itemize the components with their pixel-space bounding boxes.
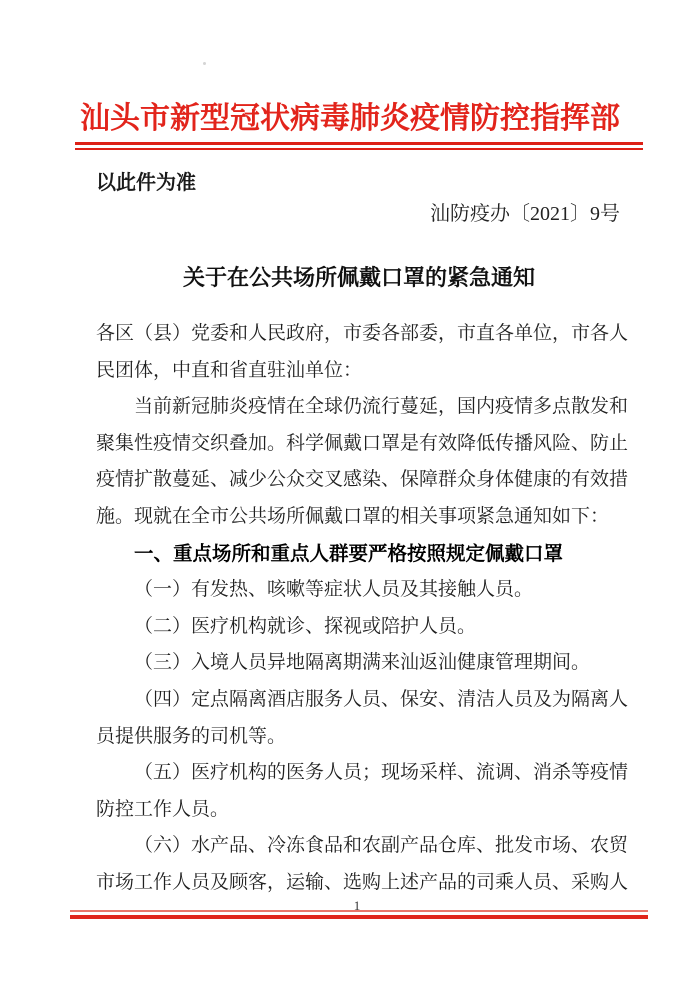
body-line: （四）定点隔离酒店服务人员、保安、清洁人员及为隔离人 [96,682,630,719]
document-number: 汕防疫办〔2021〕9号 [430,197,620,226]
document-title: 关于在公共场所佩戴口罩的紧急通知 [75,261,643,292]
body-line: 民团体，中直和省直驻汕单位： [96,353,630,390]
body-line: （三）入境人员异地隔离期满来汕返汕健康管理期间。 [96,645,630,682]
validity-annotation: 以此件为准 [96,166,196,195]
body-line: 各区（县）党委和人民政府，市委各部委，市直各单位，市各人 [96,316,630,353]
masthead-rule-bottom [75,148,643,150]
body-line: 防控工作人员。 [96,792,630,829]
masthead-rule-top [75,142,643,145]
body-line: 施。现就在全市公共场所佩戴口罩的相关事项紧急通知如下： [96,499,630,536]
body-line: 疫情扩散蔓延、减少公众交叉感染、保障群众身体健康的有效措 [96,462,630,499]
body-line: 聚集性疫情交织叠加。科学佩戴口罩是有效降低传播风险、防止 [96,426,630,463]
document-page: 汕头市新型冠状病毒肺炎疫情防控指挥部 以此件为准 汕防疫办〔2021〕9号 关于… [0,0,700,990]
body-line: 当前新冠肺炎疫情在全球仍流行蔓延，国内疫情多点散发和 [96,389,630,426]
body-line: （五）医疗机构的医务人员；现场采样、流调、消杀等疫情 [96,755,630,792]
footer-rule-light [70,910,648,912]
body-line: （一）有发热、咳嗽等症状人员及其接触人员。 [96,572,630,609]
document-body: 各区（县）党委和人民政府，市委各部委，市直各单位，市各人民团体，中直和省直驻汕单… [96,316,630,902]
footer-rule-dark [70,915,648,919]
body-line: （二）医疗机构就诊、探视或陪护人员。 [96,609,630,646]
masthead-org-title: 汕头市新型冠状病毒肺炎疫情防控指挥部 [0,97,700,141]
body-line: （六）水产品、冷冻食品和农副产品仓库、批发市场、农贸 [96,828,630,865]
scan-artifact-dot [203,62,206,65]
body-line: 一、重点场所和重点人群要严格按照规定佩戴口罩 [96,536,630,573]
body-line: 员提供服务的司机等。 [96,719,630,756]
body-line: 市场工作人员及顾客，运输、选购上述产品的司乘人员、采购人 [96,865,630,902]
